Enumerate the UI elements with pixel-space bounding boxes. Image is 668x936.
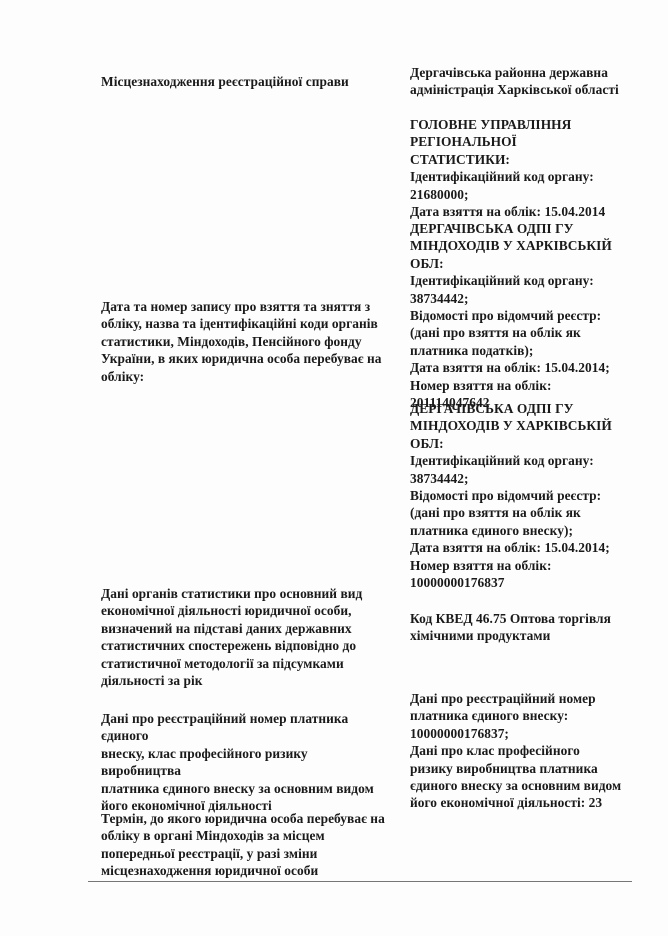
registration-file-location-value: Дергачівська районна державна адміністра… bbox=[410, 64, 645, 99]
footer-divider bbox=[88, 881, 632, 882]
economic-activity-label: Дані органів статистики про основний вид… bbox=[101, 585, 391, 689]
statistics-authority-record: ГОЛОВНЕ УПРАВЛІННЯ РЕГІОНАЛЬНОЇ СТАТИСТИ… bbox=[410, 116, 645, 220]
registration-file-location-label: Місцезнаходження реєстраційної справи bbox=[101, 73, 391, 90]
tax-authority-record-single-contribution: ДЕРГАЧІВСЬКА ОДПІ ГУ МІНДОХОДІВ У ХАРКІВ… bbox=[410, 400, 645, 591]
previous-registration-term-label: Термін, до якого юридична особа перебува… bbox=[101, 810, 391, 880]
document-page: Місцезнаходження реєстраційної справи Де… bbox=[0, 0, 668, 936]
registration-records-label: Дата та номер запису про взяття та знятт… bbox=[101, 298, 391, 385]
economic-activity-value: Код КВЕД 46.75 Оптова торгівля хімічними… bbox=[410, 610, 645, 645]
single-contribution-payer-label: Дані про реєстраційний номер платника єд… bbox=[101, 710, 391, 814]
tax-authority-record-taxes: ДЕРГАЧІВСЬКА ОДПІ ГУ МІНДОХОДІВ У ХАРКІВ… bbox=[410, 220, 645, 411]
single-contribution-payer-value: Дані про реєстраційний номер платника єд… bbox=[410, 690, 645, 812]
